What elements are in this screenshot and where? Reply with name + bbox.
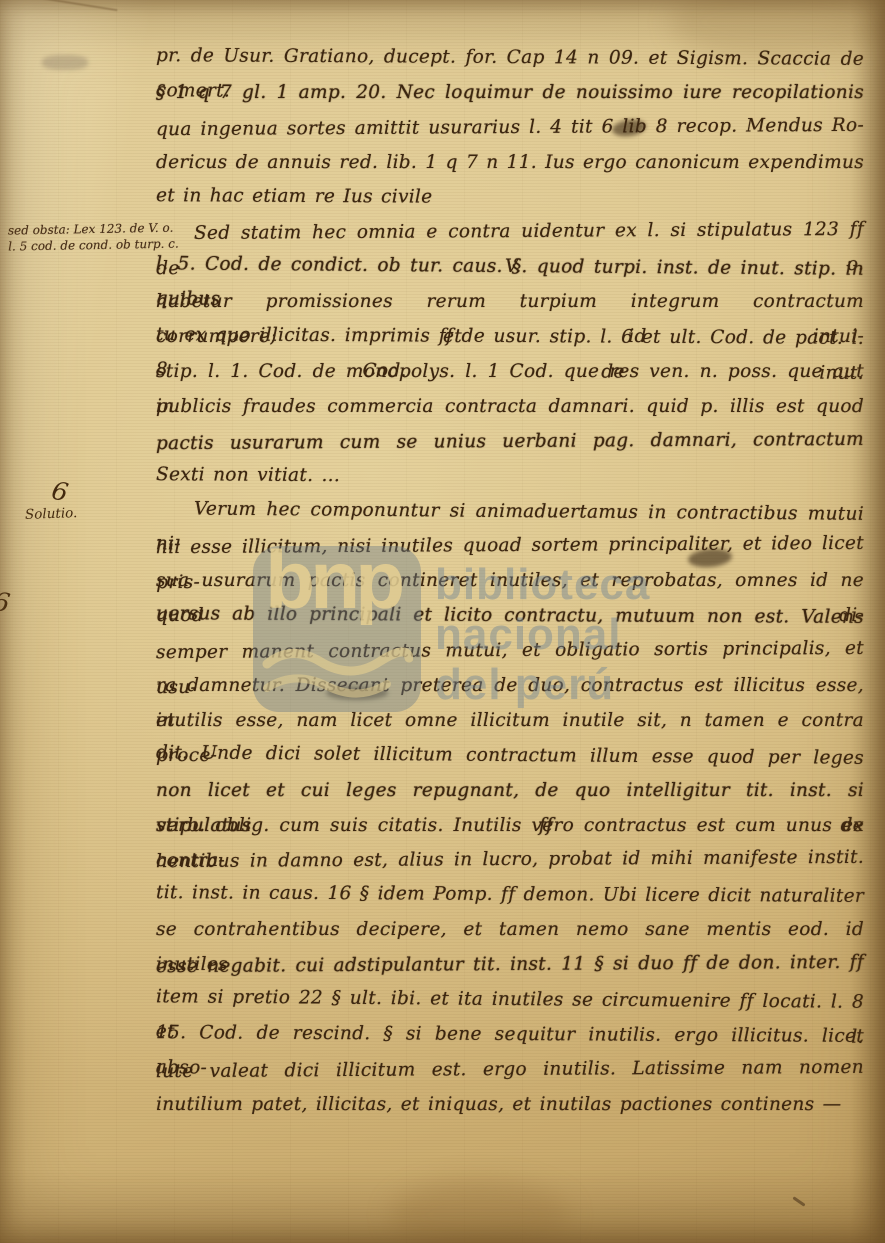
manuscript-line: habetur promissiones rerum turpium integ…	[156, 285, 864, 320]
manuscript-line: non licet et cui leges repugnant, de quo…	[156, 774, 864, 809]
stain-bottom-center	[390, 1180, 570, 1243]
margin-note-line: l. 5 cod. de cond. ob turp. c.	[8, 235, 186, 254]
margin-citation-note: sed obsta: Lex 123. de V. o. l. 5 cod. d…	[8, 219, 187, 254]
faint-smudge-top-left	[42, 55, 88, 70]
manuscript-line: ra damnetur. Dissecant preterea de duo, …	[156, 669, 864, 704]
paragraph-mark: 6	[0, 587, 12, 619]
manuscript-line: Verum hec componuntur si animaduertamus …	[156, 492, 864, 532]
manuscript-line: uersus ab illo principali et licito cont…	[156, 597, 864, 636]
manuscript-line: Sexti non vitiat. ...	[156, 458, 864, 497]
manuscript-line: et in hac etiam re Ius civile	[156, 179, 864, 218]
manuscript-line: qua ingenua sortes amittit usurarius l. …	[156, 109, 864, 148]
manuscript-line: 15. Cod. de rescind. § si bene sequitur …	[156, 1016, 864, 1055]
manuscript-lines: pr. de Usur. Gratiano, ducept. for. Cap …	[156, 41, 864, 1123]
manuscript-line: tu ex quo illicitas. imprimis ff de usur…	[156, 318, 864, 357]
manuscript-line: item si pretio 22 § ult. ibi. et ita inu…	[156, 980, 864, 1020]
paper-crease	[1, 0, 118, 11]
manuscript-line: § 1 q 7 gl. 1 amp. 20. Nec loquimur de n…	[156, 76, 864, 111]
paragraph-mark: 6	[49, 476, 71, 508]
manuscript-line: semper manent contractus mutui, et oblig…	[156, 632, 864, 671]
manuscript-line: Sed statim hec omnia e contra uidentur e…	[156, 213, 864, 252]
manuscript-line: inutilis esse, nam licet omne illicitum …	[156, 704, 864, 739]
manuscript-line: hentibus in damno est, alius in lucro, p…	[156, 841, 864, 880]
manuscript-line: se contrahentibus decipere, et tamen nem…	[156, 913, 864, 948]
manuscript-line: pactis usurarum cum se unius uerbani pag…	[156, 423, 864, 462]
manuscript-line: l. 5. Cod. de condict. ob tur. caus. §. …	[156, 248, 864, 288]
manuscript-line: publicis fraudes commercia contracta dam…	[156, 390, 864, 425]
margin-note-solutio: Solutio.	[25, 505, 78, 523]
manuscript-line: esse negabit. cui adstipulantur tit. ins…	[156, 946, 864, 985]
manuscript-line: dit. Unde dici solet illicitum contractu…	[156, 736, 864, 776]
manuscript-line: lute valeat dici illicitum est. ergo inu…	[156, 1051, 864, 1090]
ink-fleck	[792, 1196, 805, 1206]
manuscript-line: pr. de Usur. Gratiano, ducept. for. Cap …	[156, 39, 864, 78]
manuscript-line: hil esse illicitum, nisi inutiles quoad …	[156, 527, 864, 566]
manuscript-scan-page: pr. de Usur. Gratiano, ducept. for. Cap …	[0, 0, 885, 1243]
manuscript-line: sua usurarum pactis contineret inutiles,…	[156, 564, 864, 599]
manuscript-line: inutilium patet, illicitas, et iniquas, …	[156, 1088, 864, 1123]
manuscript-line: tit. inst. in caus. 16 § idem Pomp. ff d…	[156, 877, 864, 916]
manuscript-line: dericus de annuis red. lib. 1 q 7 n 11. …	[156, 146, 864, 181]
manuscript-line: verb. oblig. cum suis citatis. Inutilis …	[156, 809, 864, 844]
